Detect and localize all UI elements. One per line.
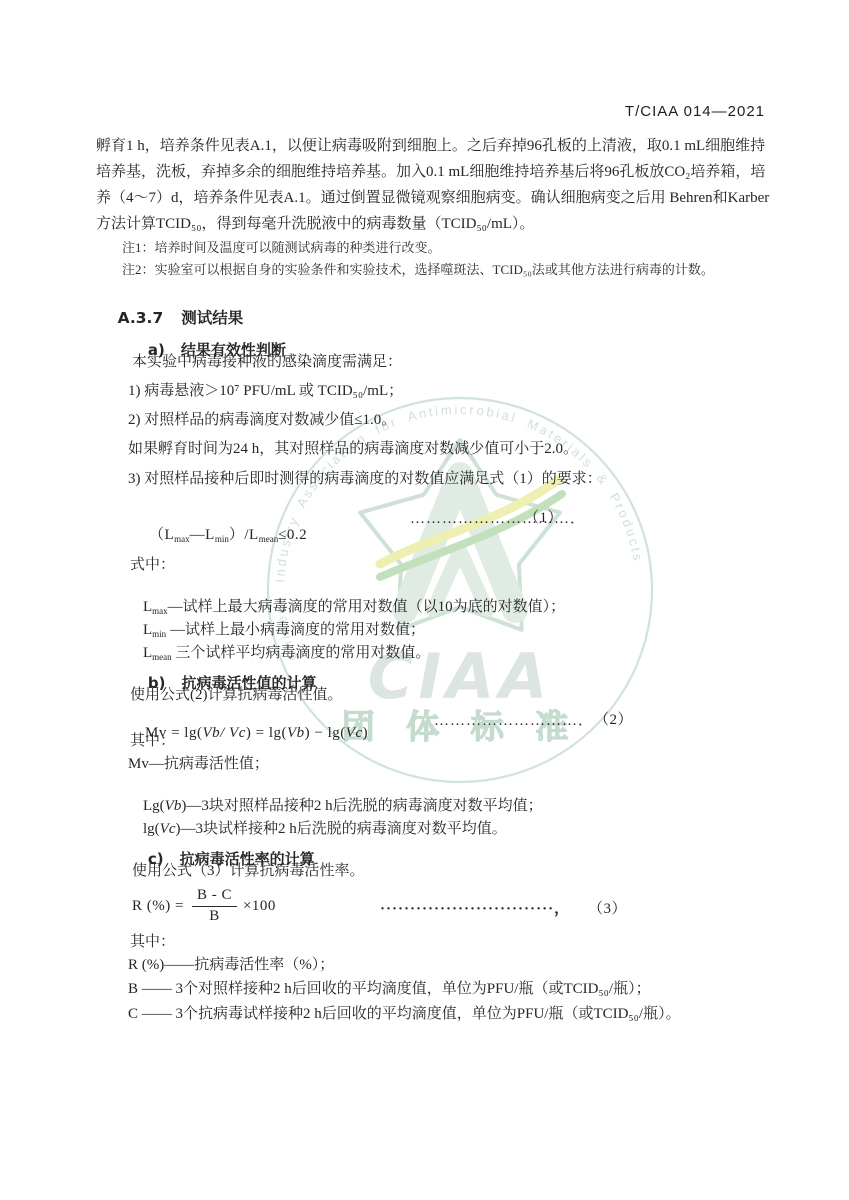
formula-3-number: （3） <box>588 897 627 918</box>
item-a-intro: 本实验中病毒接种液的感染滴度需满足： <box>132 353 402 372</box>
requirement-3: 3) 对照样品接种后即时测得的病毒滴度的对数值应满足式（1）的要求： <box>128 470 602 489</box>
formula-2-var: Vc <box>346 725 363 741</box>
formula-1-part: ）/L <box>229 527 259 543</box>
fraction-numerator: B - C <box>192 887 237 906</box>
definition-r: R (%)——抗病毒活性率（%）； <box>128 956 334 975</box>
formula-2-part: ) <box>363 725 369 741</box>
formula-3: R (%) = B - C B ×100 ···················… <box>132 884 692 928</box>
definition-mv: Mv—抗病毒活性值； <box>128 755 269 774</box>
formula-2-dots: ………………………． <box>434 709 594 730</box>
formula-1-part: —L <box>190 527 215 543</box>
formula-1-sub: mean <box>259 534 279 544</box>
fraction-denominator: B <box>209 907 220 925</box>
formula-1-part: ≤0.2 <box>278 527 307 543</box>
formula-2-var: Vb/ Vc <box>202 725 245 741</box>
document-page: Chinese Industry Association for Antimic… <box>0 0 849 1200</box>
note-1: 注1：培养时间及温度可以随测试病毒的种类进行改变。 <box>122 240 441 256</box>
definition-b: B —— 3个对照样接种2 h后回收的平均滴度值，单位为PFU/瓶（或TCID₅… <box>128 980 651 999</box>
paragraph-line-3: 养（4～7）d，培养条件见表A.1。通过倒置显微镜观察细胞病变。确认细胞病变之后… <box>96 189 769 208</box>
formula-1-sub: min <box>215 534 229 544</box>
where-label-b: 其中： <box>130 732 175 751</box>
requirement-2-note: 如果孵育时间为24 h，其对照样品的病毒滴度对数减少值可小于2.0。 <box>128 440 578 459</box>
formula-2-part: ) − lg( <box>305 725 346 741</box>
paragraph-line-2: 培养基，洗板，弃掉多余的细胞维持培养基。加入0.1 mL细胞维持培养基后将96孔… <box>96 163 765 182</box>
item-c-intro: 使用公式（3）计算抗病毒活性率。 <box>132 862 365 881</box>
formula-3-lhs: R (%) = <box>132 898 184 915</box>
formula-1-number: （1） <box>524 506 563 527</box>
formula-3-fraction: B - C B <box>192 887 237 925</box>
item-b-intro: 使用公式(2)计算抗病毒活性值。 <box>130 686 343 705</box>
paragraph-line-4: 方法计算TCID₅₀，得到每毫升洗脱液中的病毒数量（TCID₅₀/mL）。 <box>96 215 534 234</box>
requirement-1: 1) 病毒悬液＞10⁷ PFU/mL 或 TCID₅₀/mL； <box>128 382 403 401</box>
where-label-c: 其中： <box>130 933 175 952</box>
formula-2-var: Vb <box>287 725 305 741</box>
formula-2-part: ) = lg( <box>246 725 287 741</box>
where-label-a: 式中： <box>130 556 175 575</box>
note-2: 注2：实验室可以根据自身的实验条件和实验技术，选择噬斑法、TCID₅₀法或其他方… <box>122 262 714 278</box>
requirement-2: 2) 对照样品的病毒滴度对数减少值≤1.0。 <box>128 411 396 430</box>
formula-1-part: （L <box>149 527 174 543</box>
doc-number: T/CIAA 014—2021 <box>625 103 765 120</box>
formula-3-multiplier: ×100 <box>243 898 276 915</box>
formula-2-number: （2） <box>594 708 633 729</box>
definition-c: C —— 3个抗病毒试样接种2 h后回收的平均滴度值，单位为PFU/瓶（或TCI… <box>128 1005 681 1024</box>
formula-1-sub: max <box>174 534 190 544</box>
paragraph-line-1: 孵育1 h，培养条件见表A.1，以便让病毒吸附到细胞上。之后弃掉96孔板的上清液… <box>96 137 765 156</box>
formula-3-dots: ·····························， <box>380 897 570 918</box>
